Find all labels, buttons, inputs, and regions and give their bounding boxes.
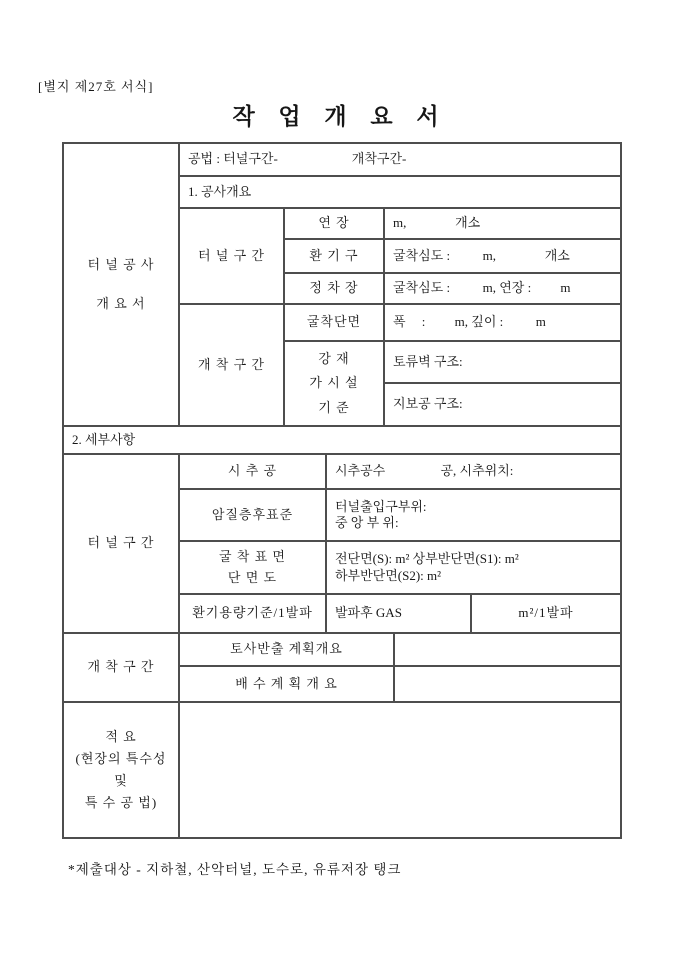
remarks-label: 적 요 (현장의 특수성 및 특 수 공 법): [64, 703, 180, 837]
drainage-plan-value-cell: [395, 667, 620, 703]
drainage-plan-label: 배 수 계 획 개 요: [180, 667, 395, 703]
details-tunnel-span-label: 터 널 구 간: [64, 455, 180, 634]
vent-shaft-value-cell: 굴착심도 : m, 개소: [385, 240, 620, 274]
per-blast-unit-cell: m²/1발파: [472, 595, 620, 634]
excavation-surface-value-cell: 전단면(S): m² 상부반단면(S1): m² 하부반단면(S2): m²: [327, 542, 620, 595]
page-title: 작 업 개 요 서: [0, 98, 680, 131]
stop-area-label: 정 차 장: [285, 274, 385, 305]
soil-removal-plan-label: 토사반출 계획개요: [180, 634, 395, 667]
method-tunnel-label: 공법 : 터널구간-: [188, 151, 278, 167]
form-number-note: [별지 제27호 서식]: [38, 76, 154, 95]
soil-removal-plan-value-cell: [395, 634, 620, 667]
excavation-surface-section-label: 굴 착 표 면 단 면 도: [180, 542, 327, 595]
rock-thickness-value-cell: 터널출입구부위: 중 앙 부 위:: [327, 490, 620, 542]
method-opencut-label: 개착구간-: [352, 151, 407, 167]
section2-header: 2. 세부사항: [64, 427, 620, 455]
tunnel-section-span-label: 터 널 구 간: [180, 209, 285, 305]
side-label-tunnel-construction-overview: 터 널 공 사 개 요 서: [64, 144, 180, 427]
vent-shaft-label: 환 기 구: [285, 240, 385, 274]
length-label: 연 장: [285, 209, 385, 240]
boring-hole-label: 시 추 공: [180, 455, 327, 490]
stop-area-value-cell: 굴착심도 : m, 연장 : m: [385, 274, 620, 305]
submission-target-note: *제출대상 - 지하철, 산악터널, 도수로, 유류저장 탱크: [68, 858, 401, 878]
vent-capacity-standard-label: 환기용량기준/1발파: [180, 595, 327, 634]
length-value-cell: m, 개소: [385, 209, 620, 240]
support-structure-value-cell: 지보공 구조:: [385, 384, 620, 427]
section1-header: 1. 공사개요: [180, 177, 620, 209]
steel-temporary-standard-label: 강 재 가 시 설 기 준: [285, 342, 385, 427]
opencut-section-span-label: 개 착 구 간: [180, 305, 285, 427]
work-overview-table: 터 널 공 사 개 요 서 공법 : 터널구간- 개착구간- 1. 공사개요 터…: [62, 142, 622, 839]
construction-method-row: 공법 : 터널구간- 개착구간-: [180, 144, 620, 177]
excavation-section-label: 굴착단면: [285, 305, 385, 342]
details-opencut-span-label: 개 착 구 간: [64, 634, 180, 703]
post-blast-gas-value-cell: 발파후 GAS: [327, 595, 472, 634]
remarks-value-cell: [180, 703, 620, 837]
earth-retaining-wall-value-cell: 토류벽 구조:: [385, 342, 620, 384]
side-label-line: 터 널 공 사: [88, 257, 155, 273]
rock-thickness-standard-label: 암질층후표준: [180, 490, 327, 542]
work-overview-form-page: { "page": { "form_note": "[별지 제27호 서식]",…: [0, 0, 680, 962]
boring-hole-value-cell: 시추공수 공, 시추위치:: [327, 455, 620, 490]
excavation-section-value-cell: 폭 : m, 깊이 : m: [385, 305, 620, 342]
side-label-line: 개 요 서: [96, 296, 145, 312]
